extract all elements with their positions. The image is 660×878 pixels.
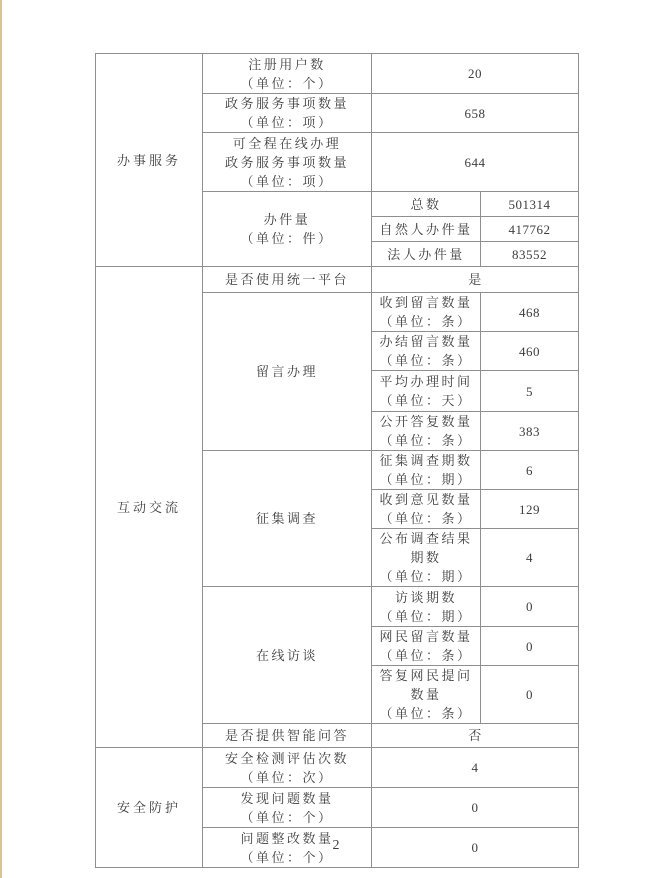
metric-label-cell: 注册用户数 （单位：个） <box>203 54 372 94</box>
subrow-label: 征集调查期数 <box>374 451 478 470</box>
document-page: 办事服务 注册用户数 （单位：个） 20 政务服务事项数量 （单位：项） 658… <box>0 0 660 878</box>
subrow-label-cell: 收到意见数量 （单位：条） <box>372 490 481 529</box>
subrow-unit: （单位：条） <box>374 646 478 665</box>
metric-unit: （单位：个） <box>205 74 369 93</box>
category-label: 互动交流 <box>98 498 200 517</box>
table-row: 办事服务 注册用户数 （单位：个） 20 <box>96 54 579 94</box>
group-label-cell-liuyanbanli: 留言办理 <box>203 293 372 451</box>
category-cell-hudongjiaoliu: 互动交流 <box>96 267 203 748</box>
subrow-label: 公开答复数量 <box>374 412 478 431</box>
group-label: 在线访谈 <box>205 646 369 665</box>
subrow-label-cell: 办结留言数量 （单位：条） <box>372 332 481 371</box>
group-label: 办件量 <box>205 210 369 229</box>
page-number: 2 <box>0 838 660 854</box>
group-label: 征集调查 <box>205 509 369 528</box>
subrow-value: 0 <box>481 627 579 666</box>
left-edge-strip <box>0 0 2 878</box>
subrow-unit: （单位：天） <box>374 391 478 410</box>
metric-label-cell: 是否提供智能问答 <box>203 724 372 748</box>
subrow-label-cell: 答复网民提问数量 （单位：条） <box>372 666 481 724</box>
subrow-value: 5 <box>481 371 579 412</box>
subrow-value: 460 <box>481 332 579 371</box>
metric-label-cell: 可全程在线办理 政务服务事项数量 （单位：项） <box>203 133 372 192</box>
table-row: 安全防护 安全检测评估次数 （单位：次） 4 <box>96 748 579 788</box>
category-cell-banshifuwu: 办事服务 <box>96 54 203 267</box>
subrow-label-cell: 网民留言数量 （单位：条） <box>372 627 481 666</box>
metric-value: 20 <box>372 54 579 94</box>
metric-value: 是 <box>372 267 579 293</box>
metric-label: 注册用户数 <box>205 55 369 74</box>
group-unit: （单位：件） <box>205 229 369 248</box>
subrow-unit: （单位：条） <box>374 312 478 331</box>
metric-unit: （单位：项） <box>205 172 369 191</box>
subrow-value: 417762 <box>481 217 579 242</box>
subrow-value: 501314 <box>481 192 579 217</box>
metric-label: 是否提供智能问答 <box>205 726 369 745</box>
subrow-label: 答复网民提问数量 <box>374 666 478 704</box>
subrow-unit: （单位：条） <box>374 704 478 723</box>
annual-report-table: 办事服务 注册用户数 （单位：个） 20 政务服务事项数量 （单位：项） 658… <box>95 53 579 868</box>
metric-label-line2: 政务服务事项数量 <box>205 153 369 172</box>
metric-label-cell: 发现问题数量 （单位：个） <box>203 788 372 828</box>
subrow-label: 法人办件量 <box>374 245 478 264</box>
group-label-cell-banjianliang: 办件量 （单位：件） <box>203 192 372 267</box>
subrow-label-cell: 公开答复数量 （单位：条） <box>372 412 481 451</box>
metric-label: 发现问题数量 <box>205 789 369 808</box>
group-label: 留言办理 <box>205 362 369 381</box>
subrow-unit: （单位：期） <box>374 607 478 626</box>
subrow-label-cell: 法人办件量 <box>372 242 481 267</box>
metric-label-cell: 是否使用统一平台 <box>203 267 372 293</box>
subrow-label: 收到留言数量 <box>374 293 478 312</box>
subrow-label: 总数 <box>374 195 478 214</box>
subrow-label: 网民留言数量 <box>374 627 478 646</box>
metric-label: 安全检测评估次数 <box>205 749 369 768</box>
subrow-label-cell: 访谈期数 （单位：期） <box>372 587 481 627</box>
metric-value: 否 <box>372 724 579 748</box>
subrow-value: 0 <box>481 587 579 627</box>
subrow-label: 自然人办件量 <box>374 220 478 239</box>
subrow-value: 383 <box>481 412 579 451</box>
subrow-value: 0 <box>481 666 579 724</box>
subrow-unit: （单位：期） <box>374 567 478 586</box>
category-label: 办事服务 <box>98 151 200 170</box>
subrow-unit: （单位：条） <box>374 431 478 450</box>
metric-value: 0 <box>372 788 579 828</box>
metric-unit: （单位：次） <box>205 768 369 787</box>
group-label-cell-zaixianfangtan: 在线访谈 <box>203 587 372 724</box>
category-label: 安全防护 <box>98 798 200 817</box>
metric-unit: （单位：个） <box>205 808 369 827</box>
subrow-value: 83552 <box>481 242 579 267</box>
metric-label: 是否使用统一平台 <box>205 270 369 289</box>
subrow-label-cell: 平均办理时间 （单位：天） <box>372 371 481 412</box>
metric-label-cell: 安全检测评估次数 （单位：次） <box>203 748 372 788</box>
metric-value: 4 <box>372 748 579 788</box>
metric-label-cell: 政务服务事项数量 （单位：项） <box>203 94 372 133</box>
table-row: 互动交流 是否使用统一平台 是 <box>96 267 579 293</box>
subrow-unit: （单位：期） <box>374 470 478 489</box>
metric-label-line1: 可全程在线办理 <box>205 134 369 153</box>
subrow-label-cell: 自然人办件量 <box>372 217 481 242</box>
metric-label: 政务服务事项数量 <box>205 94 369 113</box>
subrow-value: 468 <box>481 293 579 332</box>
subrow-label-cell: 收到留言数量 （单位：条） <box>372 293 481 332</box>
subrow-unit: （单位：条） <box>374 509 478 528</box>
subrow-value: 4 <box>481 529 579 587</box>
metric-value: 658 <box>372 94 579 133</box>
subrow-label-cell: 公布调查结果期数 （单位：期） <box>372 529 481 587</box>
subrow-value: 6 <box>481 451 579 490</box>
metric-value: 644 <box>372 133 579 192</box>
subrow-label-cell: 征集调查期数 （单位：期） <box>372 451 481 490</box>
subrow-label-cell: 总数 <box>372 192 481 217</box>
subrow-value: 129 <box>481 490 579 529</box>
subrow-label: 访谈期数 <box>374 588 478 607</box>
metric-unit: （单位：项） <box>205 113 369 132</box>
subrow-label: 办结留言数量 <box>374 332 478 351</box>
group-label-cell-zhengjidiaocha: 征集调查 <box>203 451 372 587</box>
subrow-unit: （单位：条） <box>374 351 478 370</box>
subrow-label: 收到意见数量 <box>374 490 478 509</box>
subrow-label: 公布调查结果期数 <box>374 529 478 567</box>
subrow-label: 平均办理时间 <box>374 372 478 391</box>
